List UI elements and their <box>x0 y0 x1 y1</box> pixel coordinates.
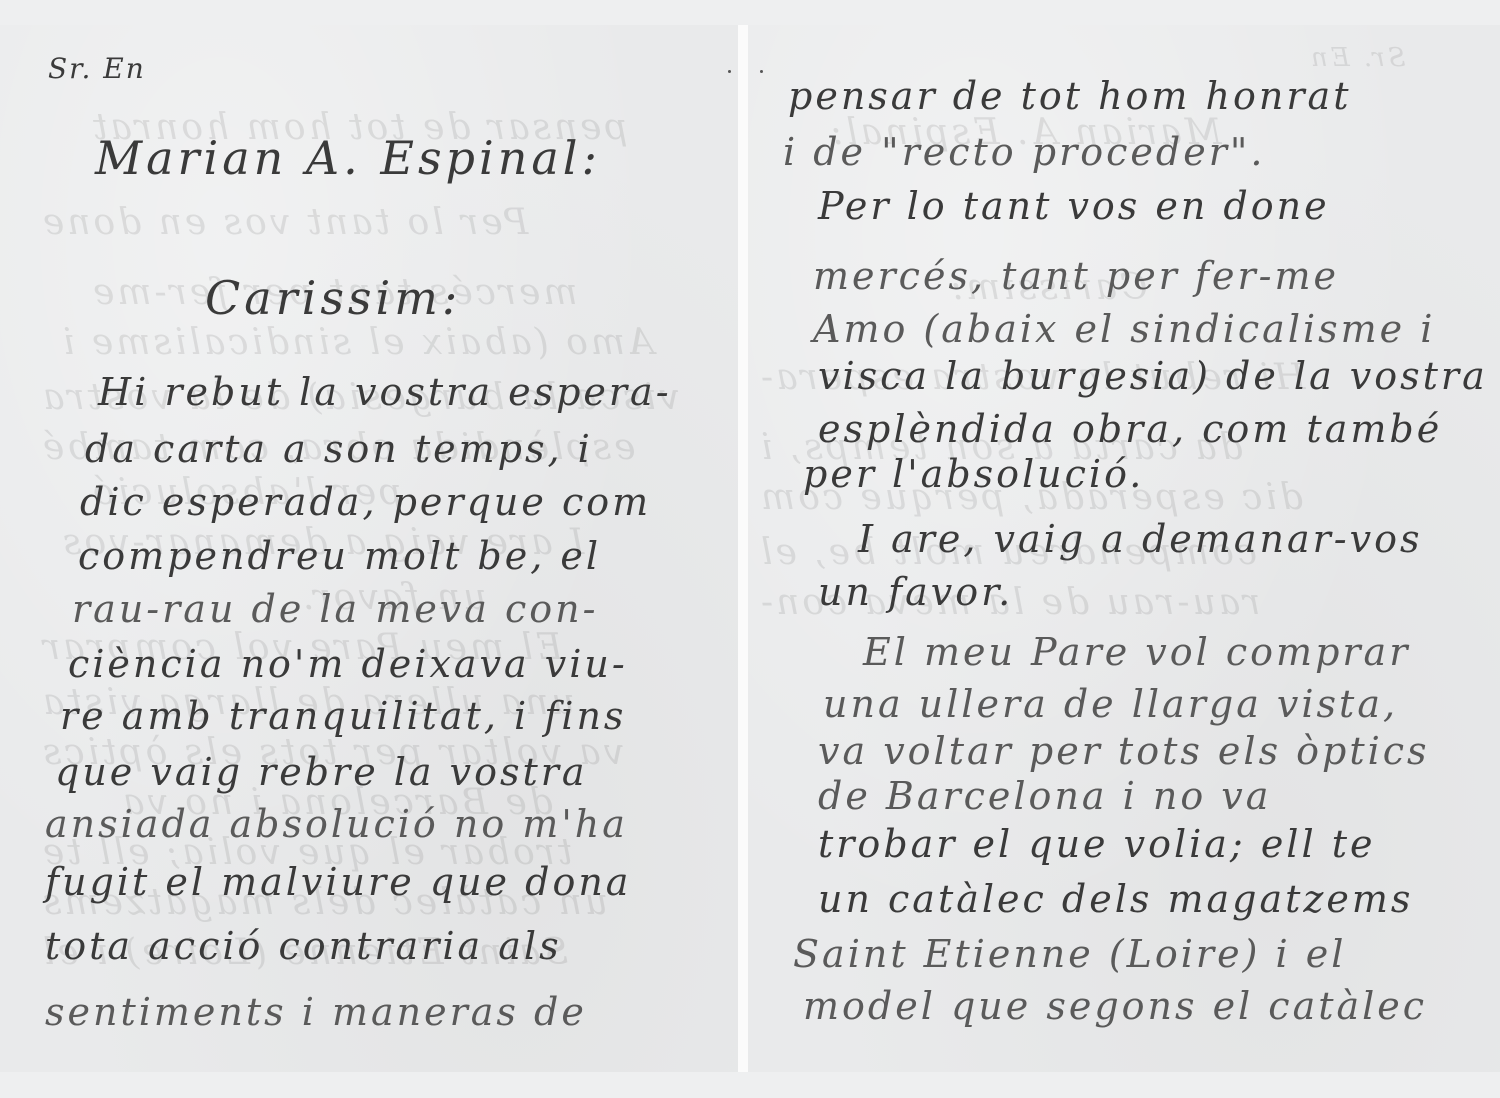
letter-salutation: Carissim: <box>205 275 461 321</box>
letter-line: una ullera de llarga vista, <box>823 685 1398 723</box>
bleed-line: Per lo tant vos en done <box>40 205 528 241</box>
letter-line: Per lo tant vos en done <box>818 187 1330 225</box>
letter-line: rau-rau de la meva con- <box>72 590 598 628</box>
ink-speck <box>728 70 731 73</box>
letter-line: tota acció contraria als <box>45 927 562 965</box>
letter-line: va voltar per tots els òptics <box>818 732 1430 770</box>
letter-line: I are, vaig a demanar-vos <box>858 520 1422 558</box>
letter-line: pensar de tot hom honrat <box>788 77 1351 115</box>
letter-line: model que segons el catàlec <box>803 987 1427 1025</box>
letter-addressee: Marian A. Espinal: <box>95 135 601 181</box>
letter-line: mercés, tant per fer-me <box>813 257 1339 295</box>
letter-line: visca la burgesia) de la vostra <box>818 357 1488 395</box>
letter-line: i de "recto proceder". <box>783 133 1265 171</box>
letter-line: un catàlec dels magatzems <box>818 880 1413 918</box>
letter-line: sentiments i maneras de <box>45 993 587 1031</box>
page-gutter <box>738 25 748 1072</box>
letter-line: trobar el que volia; ell te <box>818 825 1375 863</box>
letter-scan: pensar de tot hom honrat Per lo tant vos… <box>0 0 1500 1098</box>
letter-line: Saint Etienne (Loire) i el <box>793 935 1346 973</box>
letter-line: Amo (abaix el sindicalisme i <box>813 310 1435 348</box>
bleed-line: Amo (abaix el sindicalisme i <box>60 325 654 361</box>
letter-line: re amb tranquilitat, i fins <box>60 697 626 735</box>
letter-line: que vaig rebre la vostra <box>55 753 588 791</box>
letter-page-left: pensar de tot hom honrat Per lo tant vos… <box>0 25 738 1072</box>
letter-line: per l'absolució. <box>803 455 1144 493</box>
letter-line: El meu Pare vol comprar <box>863 633 1410 671</box>
letter-line: compendreu molt be, el <box>78 537 601 575</box>
letter-header-title: Sr. En <box>48 55 146 83</box>
letter-line: dic esperada, perque com <box>80 483 651 521</box>
letter-line: de Barcelona i no va <box>818 777 1271 815</box>
letter-line: un favor. <box>818 573 1013 611</box>
letter-line: da carta a son temps, i <box>85 430 593 468</box>
letter-line: ciència no'm deixava viu- <box>68 645 628 683</box>
bleed-line: Sr. En <box>1308 45 1406 71</box>
letter-line: esplèndida obra, com també <box>818 410 1442 448</box>
letter-line: ansiada absolució no m'ha <box>45 805 628 843</box>
letter-line: Hi rebut la vostra espera- <box>98 373 672 411</box>
ink-speck <box>760 70 763 73</box>
letter-page-right: Sr. En Marian A. Espinal: Carissim: Hi r… <box>748 25 1500 1072</box>
letter-line: fugit el malviure que dona <box>45 863 631 901</box>
